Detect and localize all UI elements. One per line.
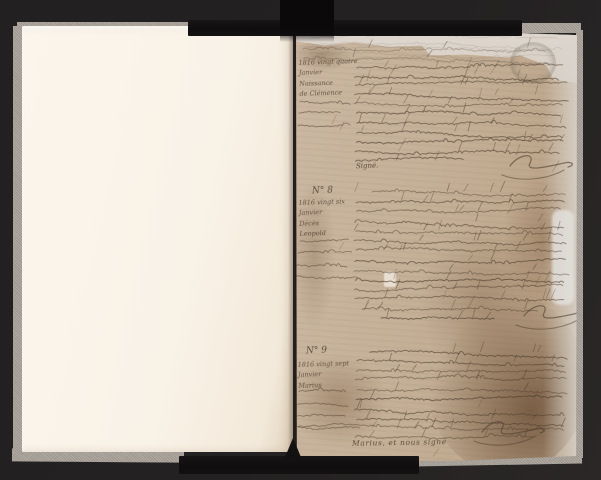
paper-stain (288, 353, 388, 448)
margin-note: Janvier (298, 369, 354, 381)
paper-stain (427, 294, 587, 474)
paper-worn-chip (384, 272, 396, 287)
margin-note: Leopold (299, 227, 355, 239)
margin-notes-entry-1: 1816 vingt quatre Janvier Naissance de C… (298, 56, 355, 99)
entry-footer-signe: Signé. (356, 162, 379, 171)
entry-number: N° 9 (306, 346, 327, 357)
conservation-tissue-top (296, 30, 577, 182)
margin-note: 1816 vingt six (298, 196, 354, 208)
paper-stain (503, 170, 583, 310)
conservation-tissue-right (543, 30, 577, 462)
book-cover-edge-top-right (521, 23, 581, 33)
margin-notes-entry-3: 1816 vingt sept Janvier Marius (298, 358, 355, 391)
paper-stain (292, 38, 352, 72)
top-clamp-band (188, 20, 522, 36)
paper-stain (292, 180, 336, 330)
paper-stain (419, 222, 549, 382)
conservation-tissue-patch (552, 210, 574, 305)
margin-note: Janvier (299, 67, 355, 79)
left-page-blank (22, 26, 293, 452)
right-page-manuscript: N° 8 N° 9 1816 vingt quatre Janvier Nais… (296, 30, 577, 462)
stamp-mark (510, 42, 556, 84)
handwriting-layer (296, 30, 577, 462)
margin-note: 1816 vingt sept (298, 358, 354, 370)
archival-book-scan: N° 8 N° 9 1816 vingt quatre Janvier Nais… (0, 0, 601, 480)
binding-gap-top (280, 0, 334, 42)
margin-notes-entry-2: 1816 vingt six Janvier Décès Leopold (298, 196, 355, 239)
book-cover-edge-right (576, 30, 583, 458)
margin-note: 1816 vingt quatre (298, 56, 354, 68)
margin-note: Janvier (299, 207, 355, 219)
entry-number: N° 8 (312, 186, 333, 197)
entry-footer-marius: Marius, et nous signé (352, 437, 447, 448)
margin-note: Décès (299, 217, 355, 229)
margin-note: Marius (298, 379, 354, 391)
margin-note: Naissance (299, 77, 355, 89)
margin-note: de Clémence (299, 87, 355, 99)
